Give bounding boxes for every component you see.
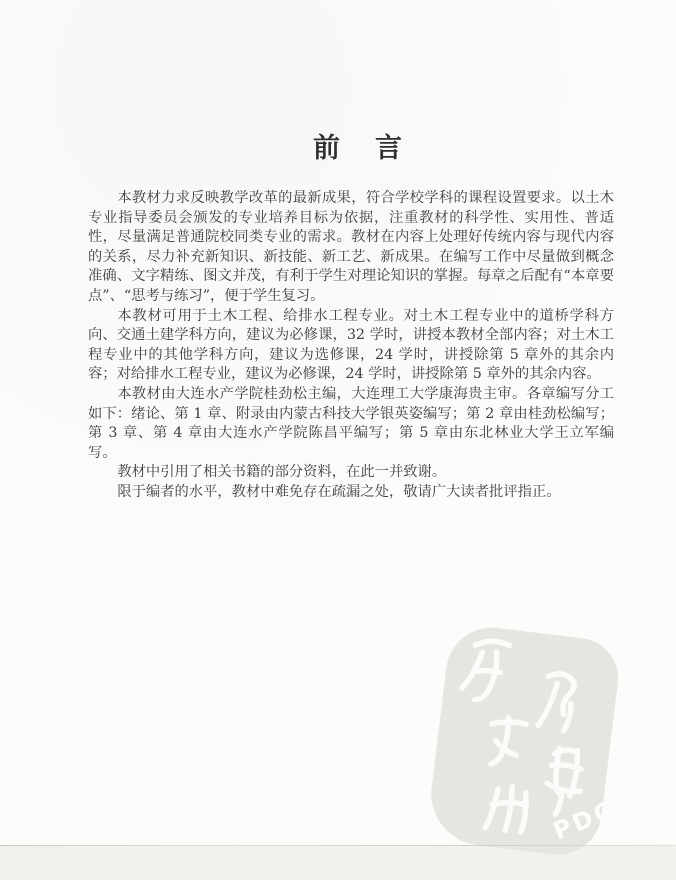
body-paragraph-2: 本教材可用于土木工程、给排水工程专业。对土木工程专业中的道桥学科方向、交通土建学… <box>88 307 614 385</box>
page-title: 前言 <box>96 126 620 165</box>
body-paragraph-3: 本教材由大连水产学院桂劲松主编，大连理工大学康海贵主审。各章编写分工如下：绪论、… <box>88 385 614 463</box>
scan-artifact-line <box>0 845 676 846</box>
preface-body: 本教材力求反映教学改革的最新成果，符合学校学科的课程设置要求。以土木专业指导委员… <box>88 189 614 503</box>
title-char-1: 前 <box>313 133 341 164</box>
body-paragraph-5: 限于编者的水平，教材中难免存在疏漏之处，敬请广大读者批评指正。 <box>88 483 614 503</box>
title-char-2: 言 <box>375 133 403 164</box>
scanned-book-page: 前言 本教材力求反映教学改革的最新成果，符合学校学科的课程设置要求。以土木专业指… <box>0 0 676 880</box>
body-paragraph-4: 教材中引用了相关书籍的部分资料，在此一并致谢。 <box>88 463 614 483</box>
body-paragraph-1: 本教材力求反映教学改革的最新成果，符合学校学科的课程设置要求。以土木专业指导委员… <box>88 189 614 307</box>
